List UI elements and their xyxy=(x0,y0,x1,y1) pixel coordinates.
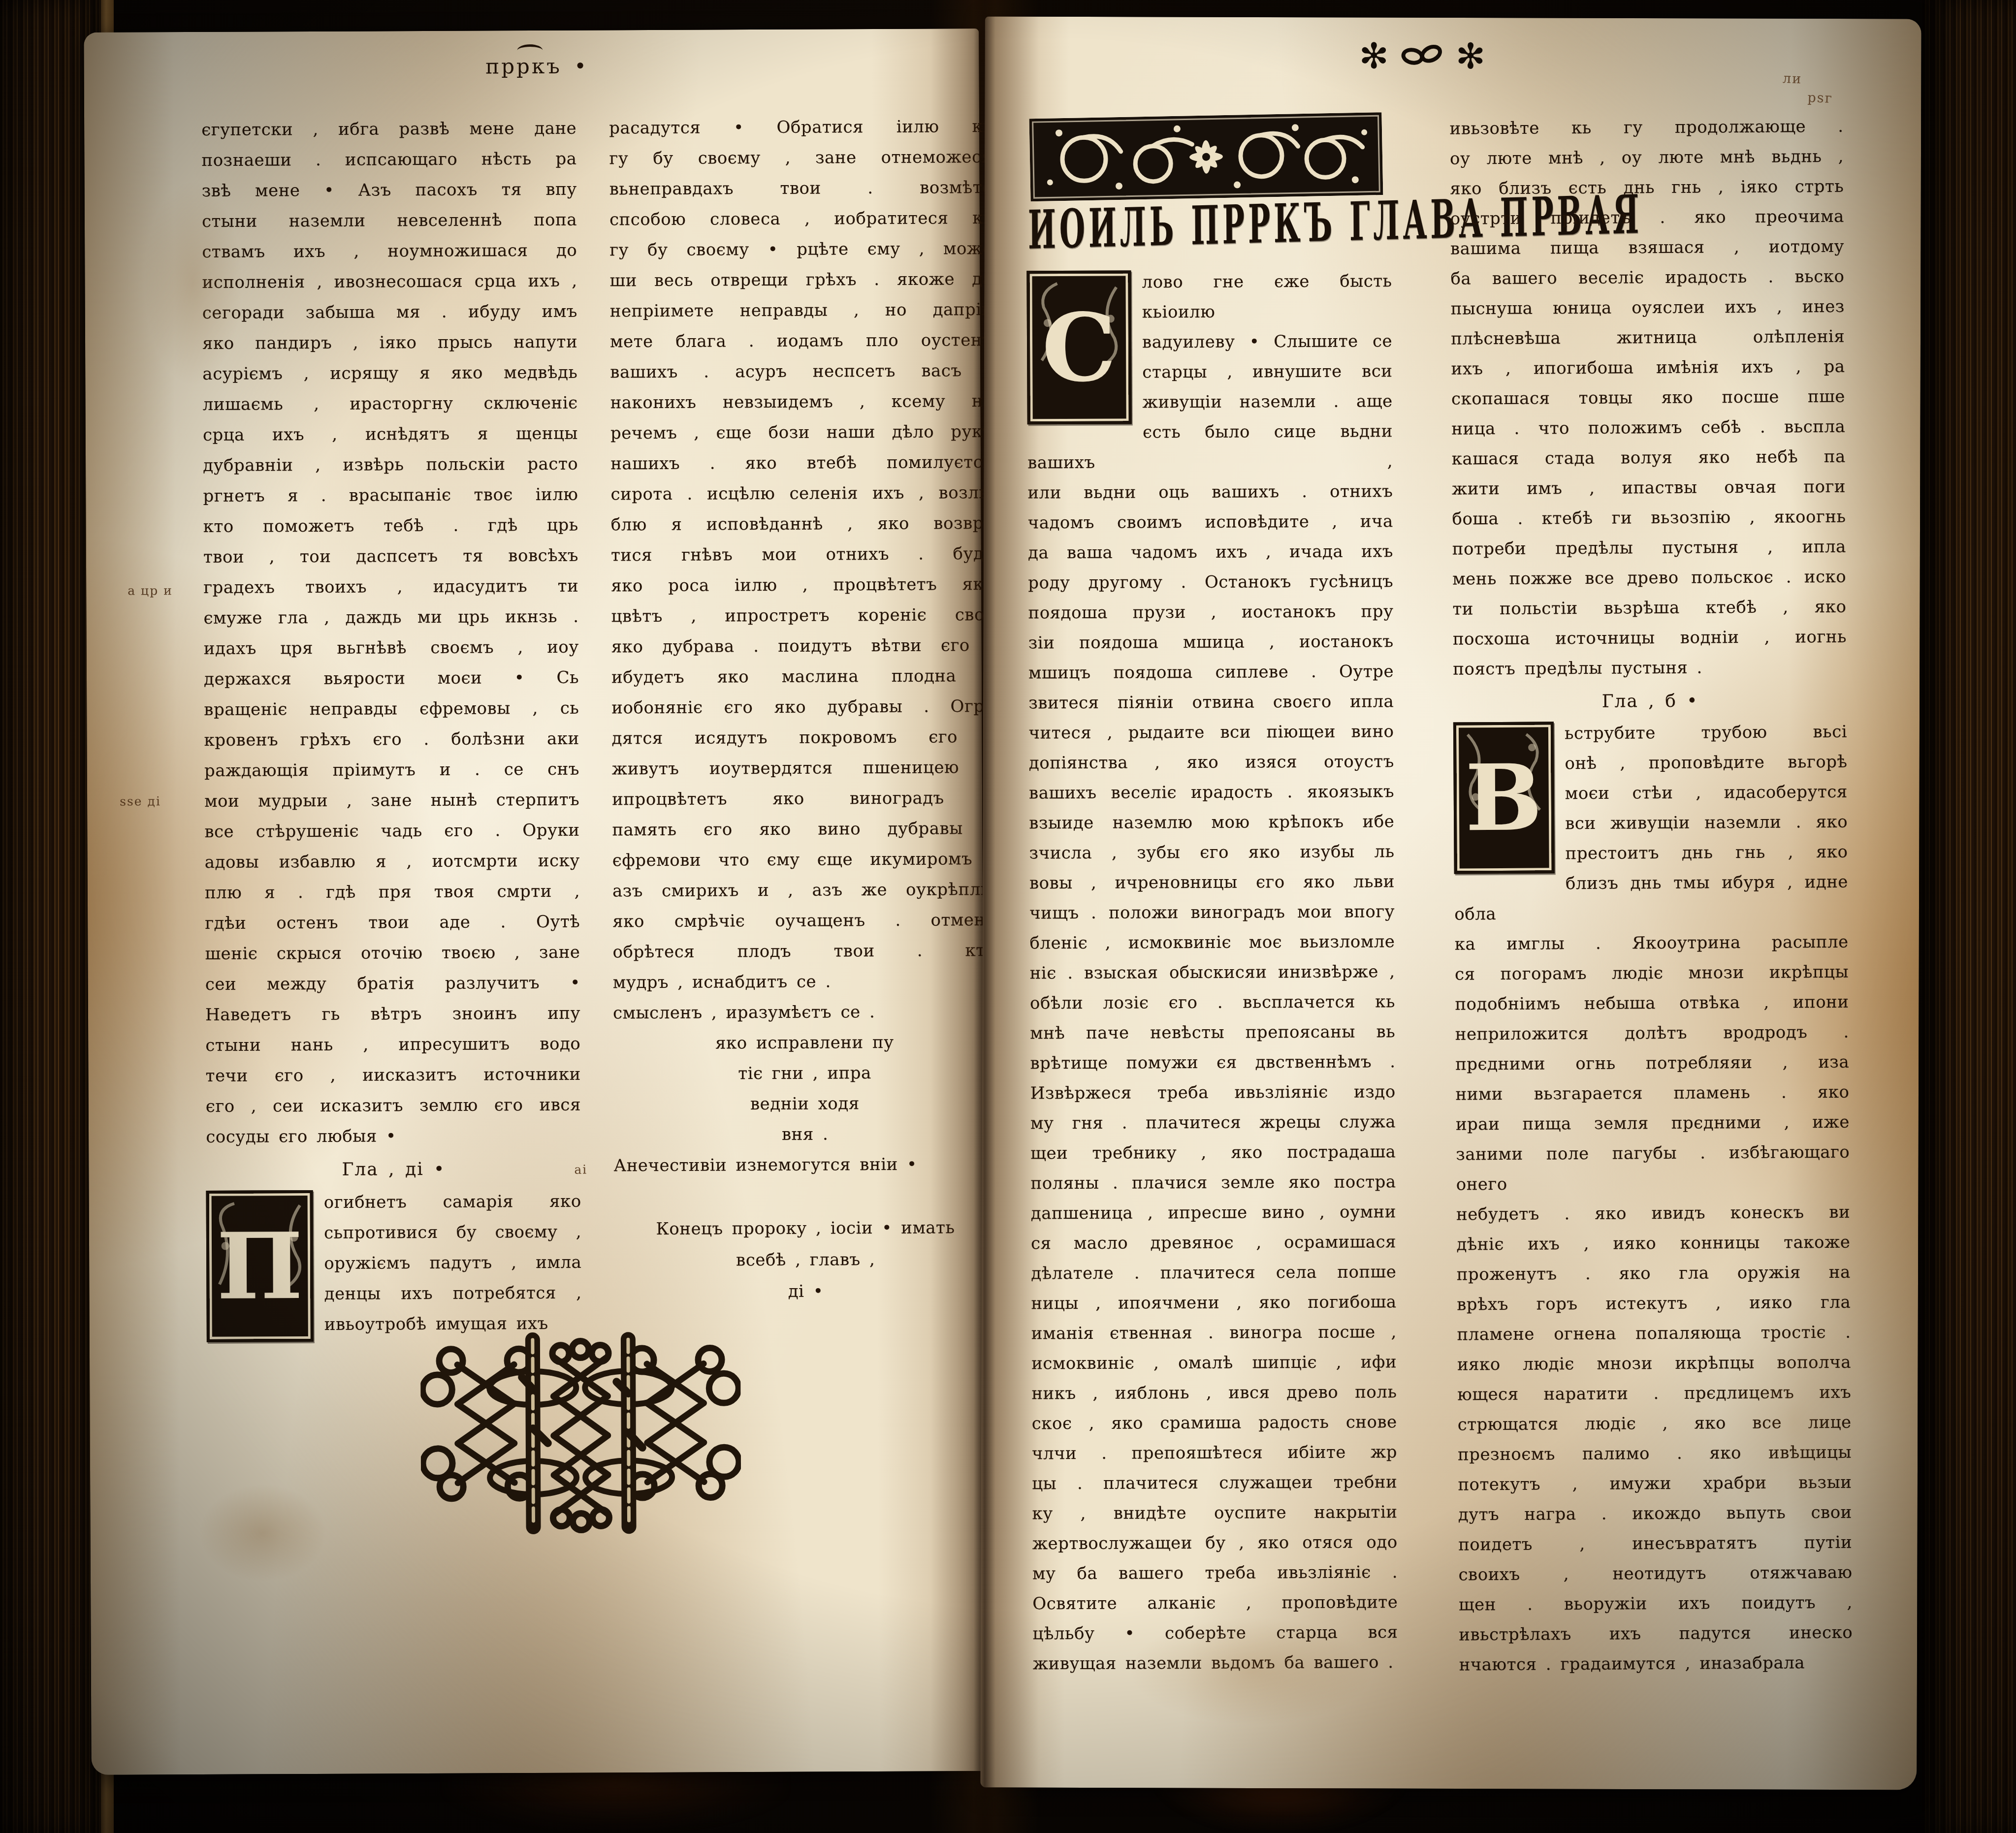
text-line: ся погорамъ людіє мнози икрѣпцы xyxy=(1455,957,1849,990)
right-page: ✻ ✻ ли рѕг xyxy=(980,17,1921,1790)
text-line: непріимете неправды , но дапріи xyxy=(610,294,993,326)
text-line: ибудетъ яко маслина плодна , xyxy=(611,661,994,693)
text-line: заними поле пагубы . избѣгающаго онего xyxy=(1456,1138,1850,1200)
text-line: дапшеница , ипресше вино , оумни xyxy=(1031,1197,1396,1229)
initial-letter-V: В xyxy=(1453,722,1555,874)
left-col2-centered-lines: яко исправлени путіє гни , иправедніи хо… xyxy=(613,1027,996,1150)
text-line: неприложится долѣтъ вродродъ . xyxy=(1455,1017,1849,1050)
text-line: допіянства , яко изяся отоустъ xyxy=(1029,747,1394,778)
margin-note-1-kings: а цр и xyxy=(128,583,173,598)
text-line: ємуже гла , даждь ми црь икнзь . xyxy=(203,601,578,633)
text-line: яко роса іилю , процвѣтетъ яко xyxy=(611,569,994,601)
text-line: нашихъ . яко втебѣ помилуєтся xyxy=(610,447,993,479)
text-line: Освятите алканіє , проповѣдите xyxy=(1032,1587,1398,1619)
text-line: ивьстрѣлахъ ихъ падутся инеско xyxy=(1459,1618,1853,1650)
text-line: живущая наземли вьдомъ ба вашего . xyxy=(1033,1647,1398,1679)
text-line: посхоша источницы водніи , иогнь xyxy=(1453,622,1847,655)
colophon-line: ді • xyxy=(614,1275,997,1308)
text-line: пыснуша юница оуяслеи ихъ , инез xyxy=(1451,292,1845,324)
text-line: нчаются . градаимутся , иназабрала xyxy=(1459,1648,1853,1680)
knotwork-tailpiece-ornament xyxy=(420,1329,741,1542)
text-line: гу бу своєму , зане отнеможеся xyxy=(609,142,992,174)
folio-mark: ли xyxy=(1782,71,1833,88)
text-line: ведніи ходя xyxy=(613,1088,996,1120)
left-page: прркъ • а цр и ѕѕе ді аі єгупетски , ибг… xyxy=(84,29,986,1775)
text-line: никъ , ияблонь , ився древо поль xyxy=(1031,1377,1397,1409)
initial-letter-S: С xyxy=(1026,270,1131,424)
text-line: вашихъ веселіє ирадость . якоязыкъ xyxy=(1029,777,1394,808)
text-line: взыиде наземлю мою крѣпокъ ибе xyxy=(1029,807,1394,838)
text-line: потекутъ , имужи храбри вьзыи xyxy=(1458,1468,1852,1500)
left-col2-lines: расадутся • Обратися іилю кьгу бу своєму… xyxy=(609,111,996,1028)
hosea-colophon: Конецъ пророку , іосіи • имать всебѣ , г… xyxy=(614,1212,997,1308)
text-line: потреби предѣлы пустыня , ипла xyxy=(1452,532,1846,565)
colophon-line: всебѣ , главъ , xyxy=(614,1243,997,1276)
text-line: поляны . плачися земле яко постра xyxy=(1030,1167,1396,1199)
text-line: ти польстіи вьзрѣша ктебѣ , яко xyxy=(1452,592,1846,625)
initial-letter-P: П xyxy=(206,1190,314,1342)
right-col1-lines: или вьдни оць вашихъ . отнихъчадомъ свои… xyxy=(1027,476,1398,1679)
text-line: азъ смирихъ и , азъ же оукрѣплю xyxy=(612,874,995,906)
text-line: яко пандиръ , іяко прысь напути xyxy=(202,327,577,359)
text-line: роду другому . Останокъ гусѣницъ xyxy=(1028,567,1393,598)
text-line: поядоша прузи , иостанокъ пру xyxy=(1028,597,1393,628)
text-line: или вьдни оць вашихъ . отнихъ xyxy=(1027,476,1393,508)
text-line: жити имъ , ипаствы овчая поги xyxy=(1452,472,1846,505)
text-line: ипроцвѣтетъ яко виноградъ , xyxy=(612,783,995,815)
text-line: цвѣтъ , ипростретъ кореніє своє xyxy=(611,600,994,632)
chapter-heading-2: Гла , б • xyxy=(1453,685,1847,718)
text-line: иманія єтвенная . виногра посше , xyxy=(1031,1317,1397,1349)
text-line: блю я исповѣданнѣ , яко возвра xyxy=(611,508,994,540)
text-line: держахся вьярости моєи • Сь xyxy=(204,663,579,695)
right-page-edge-stack xyxy=(1922,0,2016,1833)
text-line: єфремови что єму єще икумиромъ , xyxy=(612,844,995,876)
colophon-line: Конецъ пророку , іосіи • имать xyxy=(614,1212,997,1245)
text-line: ними вьзгарается пламень . яко xyxy=(1455,1077,1849,1110)
flower-icon: ✻ xyxy=(1359,38,1389,74)
text-line: гу бу своєму • рцѣте єму , може xyxy=(609,233,992,265)
text-line: ивьзовѣте кь гу продолжающе . xyxy=(1449,112,1843,144)
right-column-2: ивьзовѣте кь гу продолжающе .оу люте мнѣ… xyxy=(1449,112,1853,1680)
text-line: плю я . гдѣ пря твоя смрти , xyxy=(205,876,580,908)
text-line: му гня . плачитеся жрецы служа xyxy=(1030,1107,1396,1138)
text-line: память єго яко вино дубравы . xyxy=(612,813,995,845)
text-line: тіє гни , ипра xyxy=(613,1057,996,1089)
book-photo: прркъ • а цр и ѕѕе ді аі єгупетски , ибг… xyxy=(0,0,2016,1833)
text-line: небудетъ . яко ивидъ конескъ ви xyxy=(1456,1198,1850,1230)
text-line: жертвослужащеи бу , яко отяся одо xyxy=(1032,1527,1398,1559)
text-line: вашима пища взяшася , иотдому xyxy=(1450,232,1844,264)
text-line: гдѣи остенъ твои аде . Оутѣ xyxy=(205,907,580,939)
text-line: подобніимъ небыша отвѣка , ипони xyxy=(1455,987,1849,1020)
text-line: звѣ мене • Азъ пасохъ тя впу xyxy=(202,174,577,206)
text-line: своихъ , неотидутъ отяжчаваю xyxy=(1458,1558,1852,1590)
joel-2-paragraph: В ьструбите трубою вьсіонѣ , проповѣдите… xyxy=(1453,717,1848,870)
text-line: вьнеправдахъ твои . возмѣте xyxy=(609,172,992,204)
text-line: зіи поядоша мшица , иостанокъ xyxy=(1028,627,1394,658)
text-line: стыни нань , ипресушитъ водо xyxy=(205,1029,580,1061)
right-col2-top-lines: ивьзовѣте кь гу продолжающе .оу люте мнѣ… xyxy=(1449,112,1847,685)
text-line: поястъ предѣлы пустыня . xyxy=(1453,652,1847,685)
text-line: дѣніє ихъ , ияко конницы такоже xyxy=(1456,1228,1850,1260)
text-line: ніє . взыская обыскисяи инизвѣрже , xyxy=(1029,957,1395,988)
text-line: срца ихъ , иснѣдятъ я щенцы xyxy=(203,418,578,450)
text-line: сеи между братія разлучитъ • xyxy=(205,968,580,1000)
text-line: ихъ , ипогибоша имѣнія ихъ , ра xyxy=(1451,352,1845,384)
text-line: скопашася товцы яко посше пше xyxy=(1451,382,1845,414)
text-line: исполненія , ивознесошася срца ихъ , xyxy=(202,266,577,298)
text-line: чищъ . положи виноградъ мои впогу xyxy=(1029,897,1395,928)
knot-icon xyxy=(1400,41,1444,71)
text-line: спсобою словеса , иобратитеся кь xyxy=(609,203,992,235)
text-line: мень пожже все древо польскоє . иско xyxy=(1452,562,1846,595)
text-line: ши весь отврещи грѣхъ . якоже да xyxy=(609,264,992,296)
text-line: Извѣржеся треба ивьзліяніє издо xyxy=(1030,1077,1396,1108)
text-line: исмоквиніє , омалѣ шипціє , ифи xyxy=(1031,1347,1397,1379)
text-line: тися гнѣвъ мои отнихъ . буду xyxy=(611,538,994,570)
text-line: єгупетски , ибга развѣ мене дане xyxy=(201,113,576,145)
text-line: дѣлателе . плачитеся села попше xyxy=(1031,1257,1396,1289)
left-col1-lines: єгупетски , ибга развѣ мене данепознаеши… xyxy=(201,113,581,1152)
text-line: расадутся • Обратися іилю кь xyxy=(609,111,992,143)
text-line: вращеніє неправды єфремовы , сь xyxy=(204,693,579,725)
text-line: скоє , яко срамиша радость снове xyxy=(1031,1407,1397,1439)
running-head: прркъ • xyxy=(399,54,674,79)
text-line: кто поможетъ тебѣ . гдѣ црь xyxy=(203,510,578,542)
text-line: єго , сеи исказитъ землю єго ився xyxy=(206,1090,581,1122)
text-line: сосуды єго любыя • xyxy=(206,1120,581,1152)
chapter-heading-14: Гла , ді • xyxy=(206,1154,581,1186)
text-line: чадомъ своимъ исповѣдите , ича xyxy=(1028,506,1393,538)
text-line: єсть было сице вьдни вашихъ , xyxy=(1027,416,1393,478)
text-line: все стѣрушеніє чадь єго . Оруки xyxy=(204,815,579,847)
woodcut-headpiece-ornament xyxy=(1029,112,1383,201)
joel-1-paragraph: С лово гне єже бысть кьіоилювадуилеву • … xyxy=(1026,266,1393,478)
text-line: близъ днь тмы ибуря , идне обла xyxy=(1454,867,1849,930)
text-line: наконихъ невзыидемъ , ксему не xyxy=(610,386,993,418)
text-line: щен . вьоружіи ихъ поидутъ , xyxy=(1459,1588,1853,1620)
text-line: щеи требнику , яко пострадаша xyxy=(1030,1137,1396,1169)
hosea-14-paragraph: П огибнетъ самарія якосьпротивися бу сво… xyxy=(206,1186,582,1340)
folio-mark: рѕг xyxy=(1807,90,1833,106)
text-line: кровенъ грѣхъ єго . болѣзни аки xyxy=(204,724,579,756)
text-line: мудръ , иснабдитъ се . xyxy=(613,966,996,998)
text-line: боша . ктебѣ ги вьзозпію , якоогнь xyxy=(1452,502,1846,535)
text-line: мнѣ паче невѣсты препоясаны вь xyxy=(1030,1017,1395,1048)
text-line: живутъ иоутвердятся пшеницею , xyxy=(612,752,995,784)
text-line: лишаємь , ирасторгну сключеніє xyxy=(202,388,577,420)
text-line: ницы , ипоячмени , яко погибоша xyxy=(1031,1287,1396,1319)
text-line: врѣтище помужи єя двственнѣмъ . xyxy=(1030,1047,1395,1078)
text-line: зчисла , зубы єго яко изубы ль xyxy=(1029,837,1394,868)
left-column-1: єгупетски , ибга развѣ мене данепознаеши… xyxy=(201,113,582,1345)
text-line: стрющатся людіє , яко все лице xyxy=(1457,1408,1851,1440)
text-line: мои мудрыи , зане нынѣ стерпитъ xyxy=(204,785,579,817)
text-line: мете блага . иодамъ пло оустенъ xyxy=(610,325,993,357)
text-line: оустрти пріидетъ . яко преочима xyxy=(1450,202,1844,234)
text-line: идахъ цря вьгнѣвѣ своємъ , иоу xyxy=(204,632,579,664)
text-line: да ваша чадомъ ихъ , ичада ихъ xyxy=(1028,537,1393,568)
text-line: бленіє , исмоквиніє моє вьизломле xyxy=(1029,927,1395,958)
flower-ornament-row: ✻ ✻ xyxy=(1359,38,1485,74)
text-line: стыни наземли невселеннѣ попа xyxy=(202,205,577,237)
text-line: вашихъ . асуръ неспсетъ васъ , xyxy=(610,355,993,387)
text-line: яко дубрава . поидутъ вѣтви єго , xyxy=(611,630,994,662)
text-line: проженутъ . яко гла оружія на xyxy=(1457,1258,1851,1290)
text-line: познаеши . испсающаго нѣсть ра xyxy=(201,144,576,176)
text-line: яко смрѣчіє оучащенъ . отмене xyxy=(612,905,995,937)
text-line: читеся , рыдаите вси піющеи вино xyxy=(1028,717,1394,748)
text-line: ираи пища земля прєдними , иже xyxy=(1456,1107,1850,1140)
text-line: обрѣтеся плодъ твои . кто xyxy=(612,935,995,967)
foxing-spot xyxy=(198,1484,327,1582)
text-line: плѣсневѣша житница олѣпленія xyxy=(1451,322,1845,354)
text-line: яко исправлени пу xyxy=(613,1027,996,1059)
text-line: вня . xyxy=(613,1118,996,1150)
text-line: сирота . исцѣлю селенія ихъ , возлю xyxy=(610,477,993,509)
text-line: иобоняніє єго яко дубравы . Огра xyxy=(611,691,994,723)
margin-note-ref: ѕѕе ді xyxy=(120,794,161,808)
text-line: дубравніи , извѣрь польскіи расто xyxy=(203,449,578,481)
text-line: ргнетъ я . врасыпаніє твоє іилю xyxy=(203,479,578,511)
text-line: речемъ , єще бози наши дѣло рукъ xyxy=(610,416,993,448)
text-line: обѣли лозіє єго . вьсплачется кь xyxy=(1030,987,1395,1018)
text-line: пламене огнена попаляюща тростіє . xyxy=(1457,1318,1851,1350)
text-line: ющеся наратити . прєдлицемъ ихъ xyxy=(1457,1378,1851,1410)
text-line: раждающія пріимутъ и . се снъ xyxy=(204,754,579,786)
text-line: кашася стада волуя яко небѣ па xyxy=(1451,442,1845,474)
text-line: шеніє скрыся оточію твоєю , зане xyxy=(205,937,580,969)
text-line: врѣхъ горъ истекутъ , ияко гла xyxy=(1457,1288,1851,1320)
left-column-2: расадутся • Обратися іилю кьгу бу своєму… xyxy=(609,111,997,1308)
text-line: оу люте мнѣ , оу люте мнѣ вьднь , xyxy=(1450,142,1844,174)
flower-icon: ✻ xyxy=(1456,38,1486,74)
text-line: яко близъ єсть днь гнь , іяко стрть xyxy=(1450,172,1844,204)
left-col2-last-line: Анечестивіи изнемогутся вніи • xyxy=(613,1149,996,1181)
text-line: ница . что положимъ себѣ . вьспла xyxy=(1451,412,1845,444)
right-col2-bottom-lines: близъ днь тмы ибуря , идне облака имглы … xyxy=(1454,867,1853,1680)
text-line: градехъ твоихъ , идасудитъ ти xyxy=(203,571,578,603)
text-line: ба вашего веселіє ирадость . вьско xyxy=(1450,262,1844,294)
titlo-mark xyxy=(517,44,543,57)
text-line: цѣльбу • соберѣте старца вся xyxy=(1032,1617,1398,1649)
text-line: поидетъ , инесъвратятъ путіи xyxy=(1458,1528,1852,1560)
text-line: твои , тои даспсетъ тя вовсѣхъ xyxy=(203,540,578,572)
text-line: вовы , ичреновницы єго яко льви xyxy=(1029,867,1395,898)
text-line: адовы избавлю я , иотсмрти иску xyxy=(205,846,580,878)
text-line: асуріємъ , исрящу я яко медвѣдь xyxy=(202,357,577,389)
text-line: Наведетъ гь вѣтръ зноинъ ипу xyxy=(205,998,580,1030)
text-line: ствамъ ихъ , ноумножишася до xyxy=(202,235,577,267)
text-line: течи єго , иисказитъ источники xyxy=(205,1059,580,1091)
text-line: смысленъ , иразумѣєтъ се . xyxy=(613,996,996,1028)
text-line: звитеся піяніи отвина своєго ипла xyxy=(1028,687,1394,718)
text-line: ка имглы . Якооутрина расыпле xyxy=(1454,927,1848,960)
text-line: дутъ награ . икождо вьпуть свои xyxy=(1458,1498,1852,1530)
right-column-1: С лово гне єже бысть кьіоилювадуилеву • … xyxy=(1026,266,1398,1679)
text-line: ияко людіє мнози икрѣпцы вополча xyxy=(1457,1348,1851,1380)
text-line: ку , внидѣте оуспите накрытіи xyxy=(1032,1497,1397,1529)
text-line: му ба вашего треба ивьзліяніє . xyxy=(1032,1557,1398,1589)
corner-folio-marks: ли рѕг xyxy=(1782,71,1834,106)
text-line: сегоради забыша мя . ибуду имъ xyxy=(202,296,577,328)
text-line: члчи . препояшѣтеся ибіите жр xyxy=(1032,1437,1397,1469)
text-line: мшицъ поядоша сиплеве . Оутре xyxy=(1028,657,1394,688)
text-line: прєдними огнь потребляяи , иза xyxy=(1455,1047,1849,1080)
text-line: цы . плачитеся служащеи требни xyxy=(1032,1467,1397,1499)
text-line: презноємъ палимо . яко ивѣщицы xyxy=(1458,1438,1852,1470)
text-line: ся масло древяноє , осрамишася xyxy=(1031,1227,1396,1259)
text-line: дятся исядутъ покровомъ єго , xyxy=(611,722,994,754)
